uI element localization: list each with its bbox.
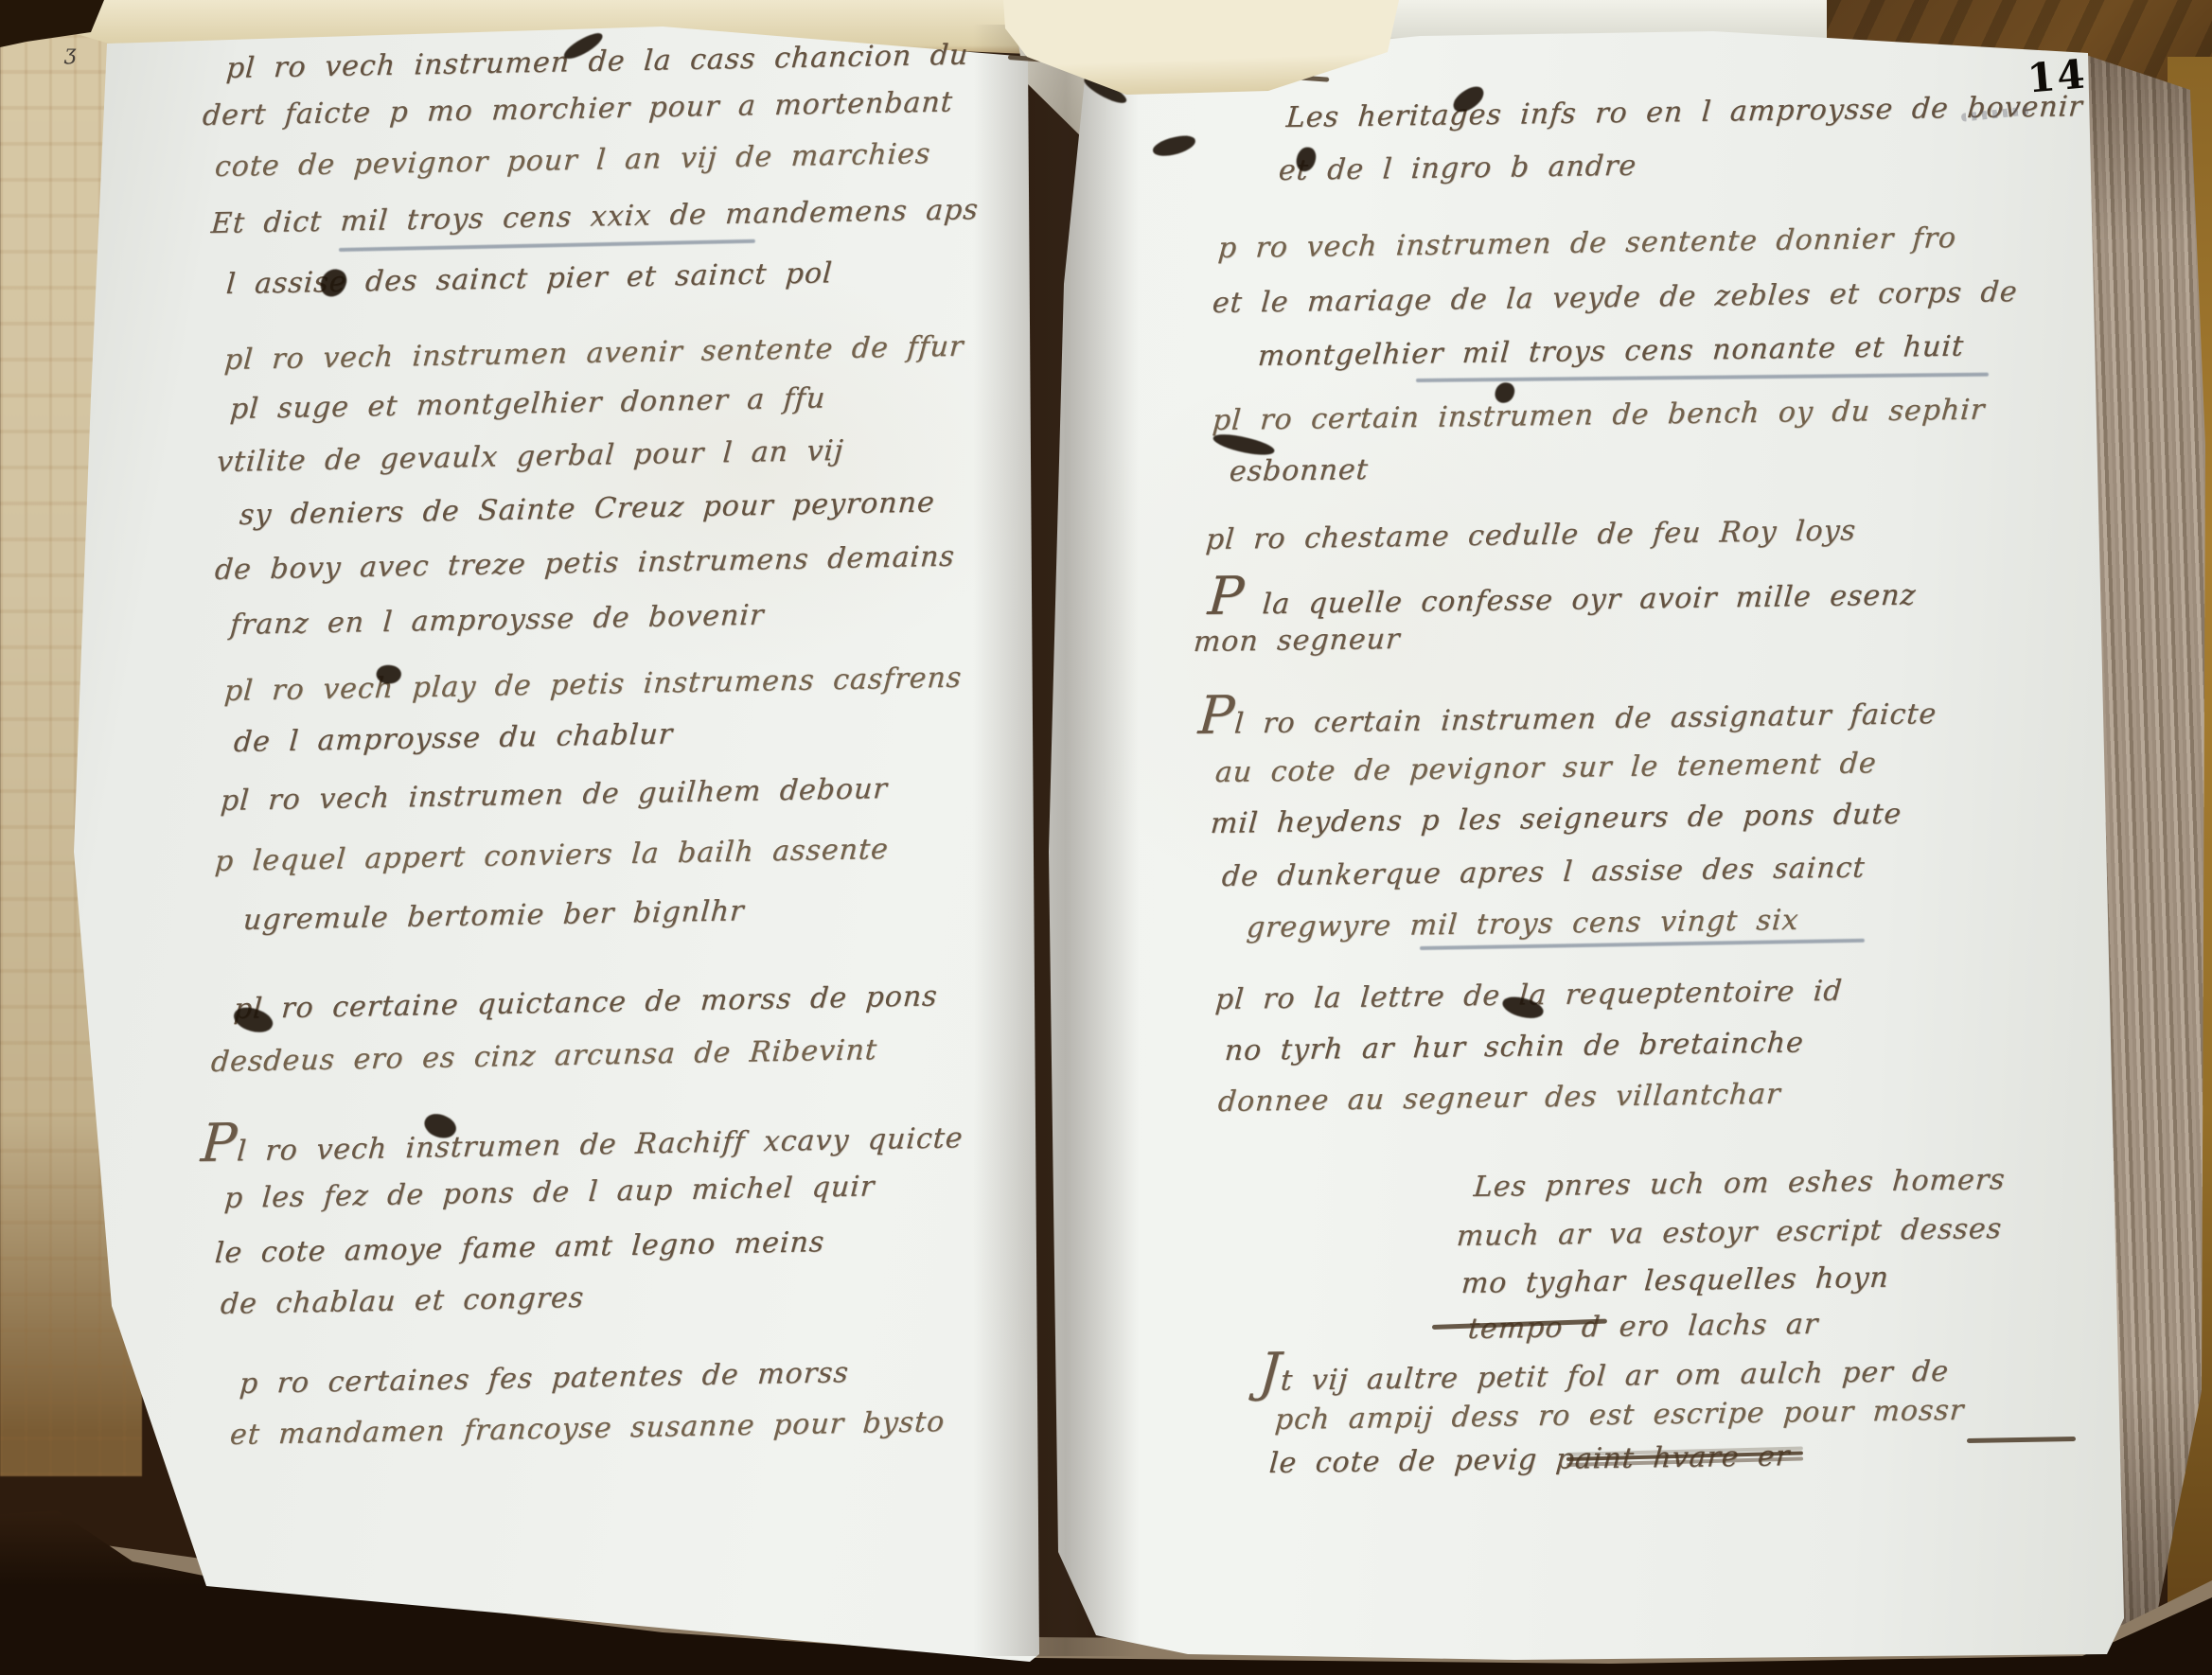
gutter-shadow [973,25,1139,1656]
left-page-corner-mark: ʒ [64,42,76,65]
manuscript-photo: pl ro vech instrumen de la cass chancion… [0,0,2212,1675]
folio-number: 14 [2026,50,2088,101]
